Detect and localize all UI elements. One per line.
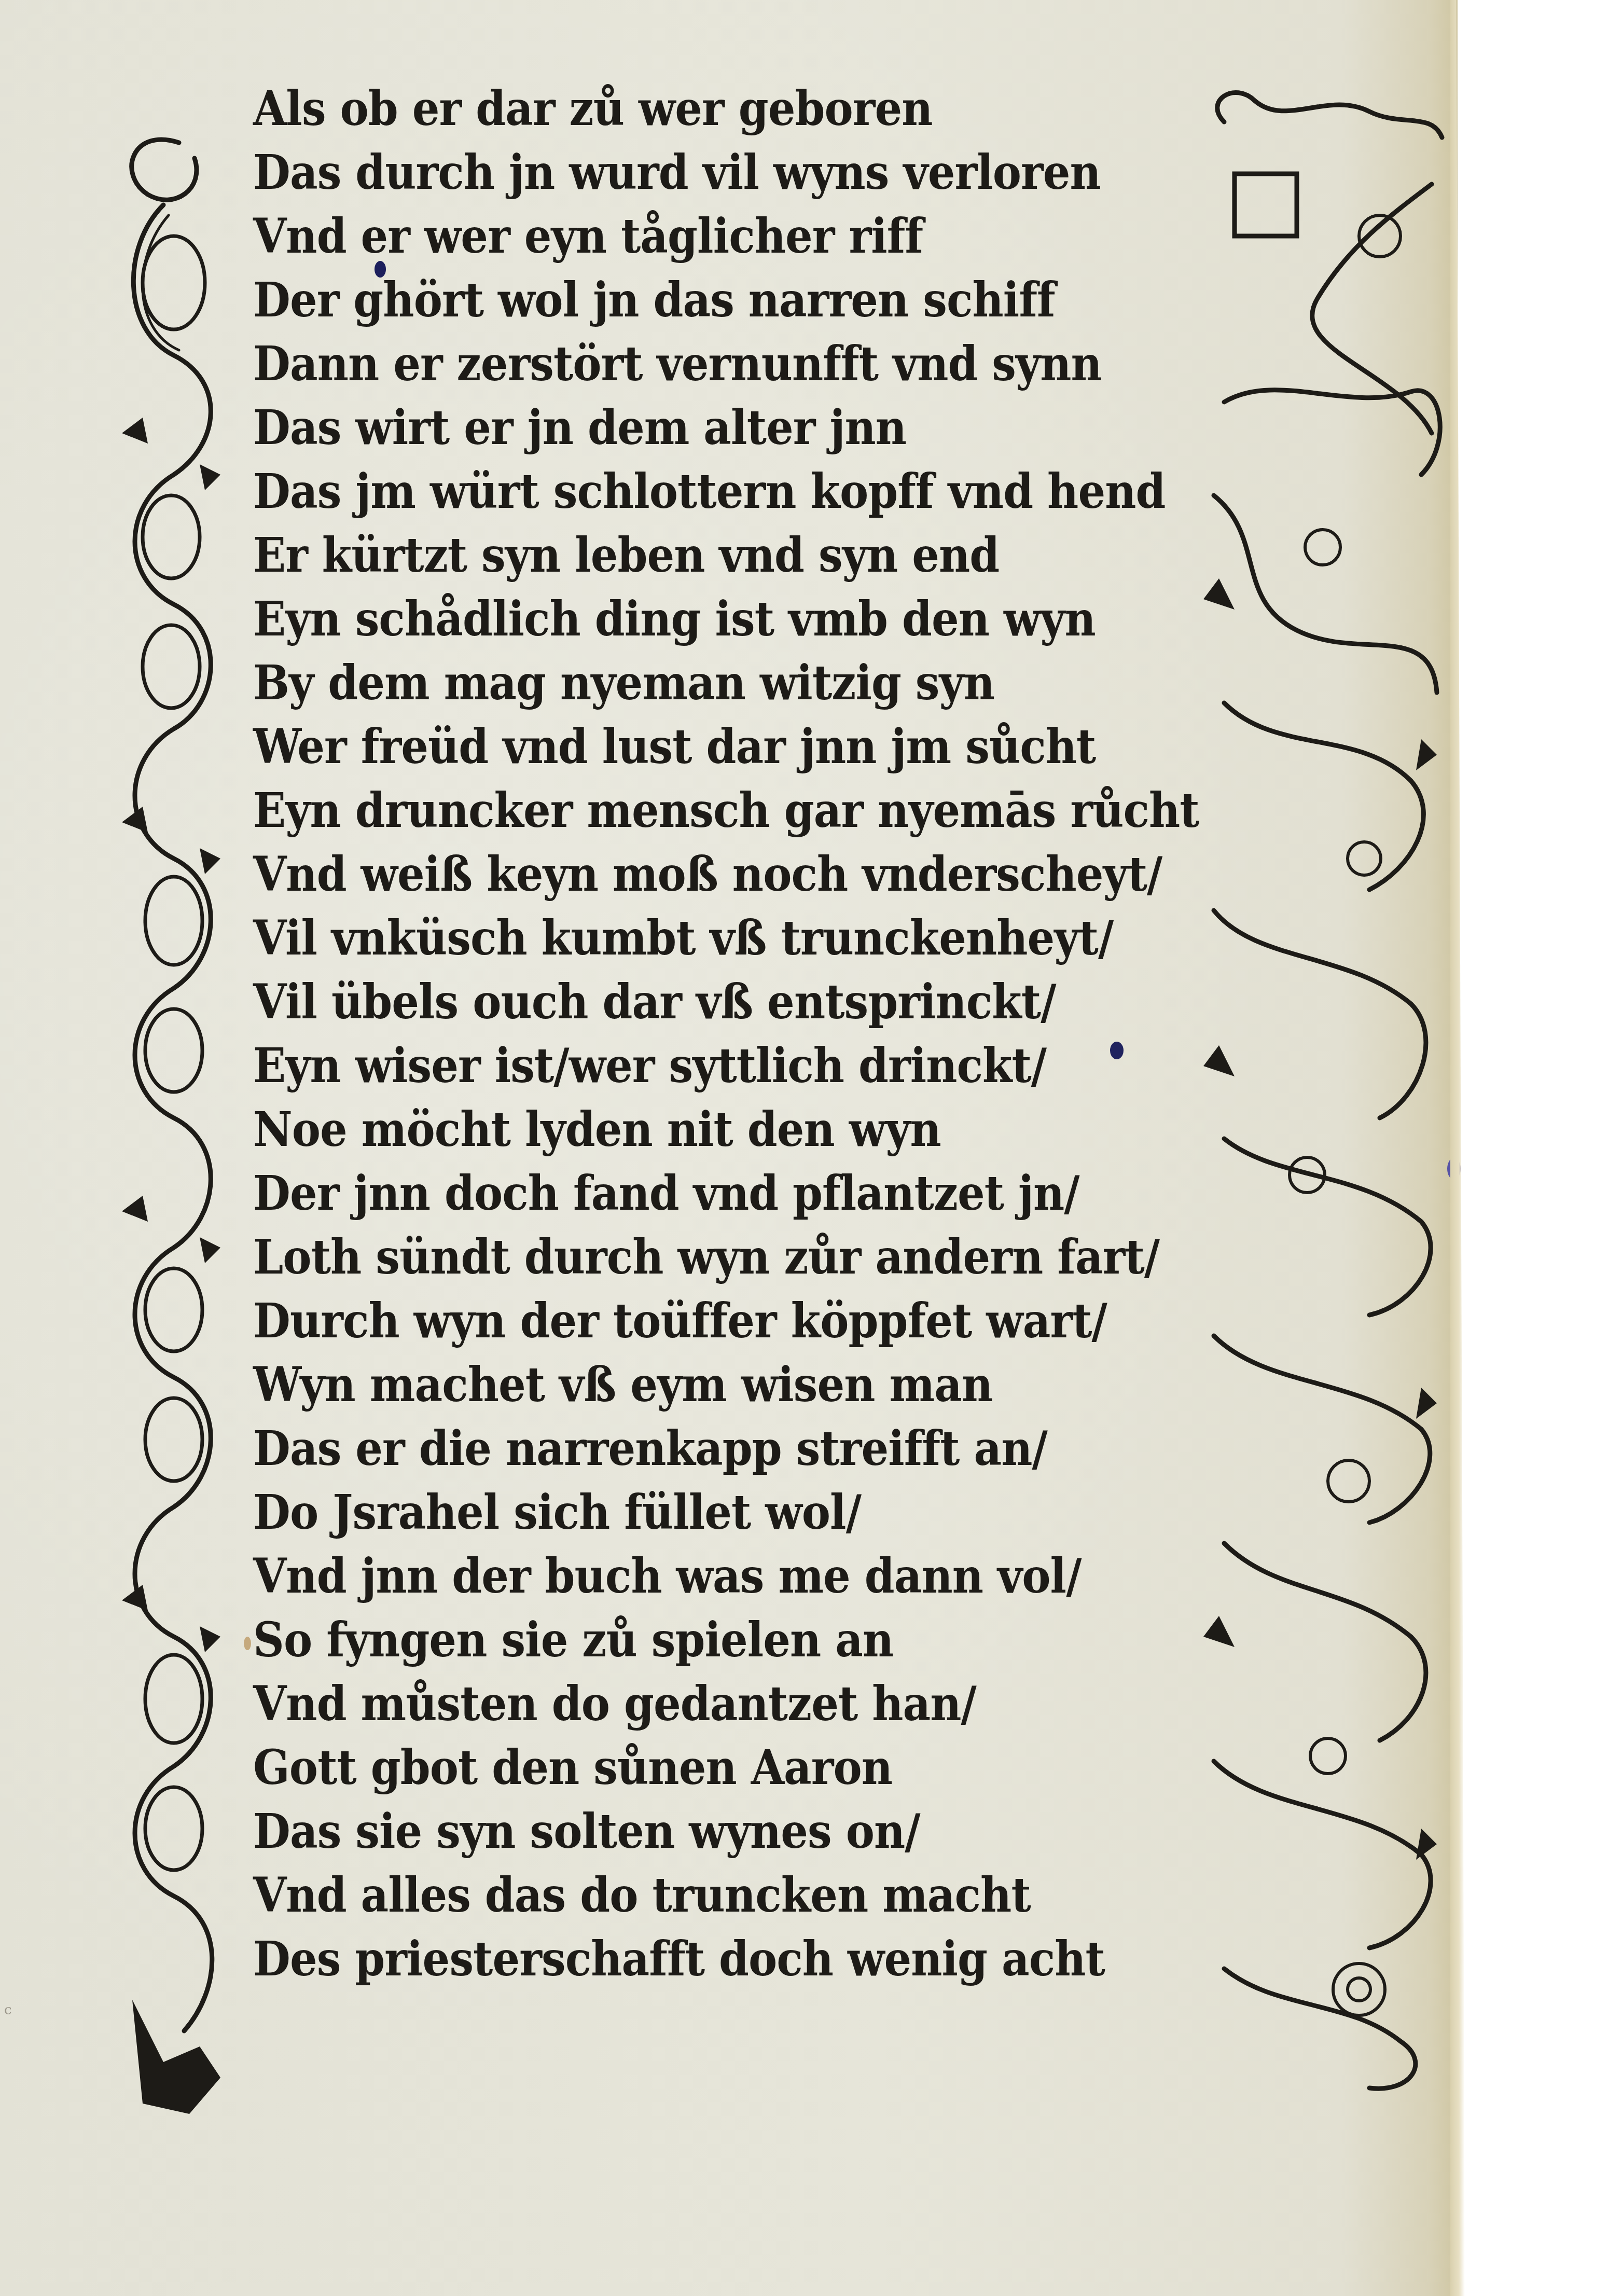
paper-stain — [244, 1637, 251, 1650]
verse-line: Dann er zerstört vernunfft vnd synn — [253, 332, 1103, 396]
verse-line: Wer freüd vnd lust dar jnn jm sůcht — [253, 715, 1103, 779]
verse-line: Der ghört wol jn das narren schiff — [253, 268, 1103, 332]
pencil-mark: c — [4, 2002, 12, 2018]
blue-ink-dot — [1447, 1158, 1461, 1180]
blue-ink-dot — [1110, 1042, 1124, 1059]
verse-line: Loth sündt durch wyn zůr andern fart/ — [253, 1225, 1103, 1289]
verse-line: Vnd alles das do truncken macht — [253, 1863, 1103, 1927]
verse-text: Als ob er dar zů wer geboren Das durch j… — [253, 77, 1197, 1991]
verse-line: Eyn druncker mensch gar nyemās růcht — [253, 779, 1103, 842]
verse-line: Er kürtzt syn leben vnd syn end — [253, 523, 1103, 587]
woodcut-figures-icon — [1193, 80, 1452, 2098]
verse-line: Das durch jn wurd vil wyns verloren — [253, 141, 1103, 204]
right-figure-border — [1193, 80, 1452, 2098]
blue-ink-dot — [375, 261, 386, 278]
verse-line: Wyn machet vß eym wisen man — [253, 1353, 1103, 1417]
verse-line: Des priesterschafft doch wenig acht — [253, 1927, 1103, 1991]
verse-line: Das sie syn solten wynes on/ — [253, 1800, 1103, 1863]
verse-line: Vil übels ouch dar vß entsprinckt/ — [253, 970, 1103, 1034]
verse-line: Der jnn doch fand vnd pflantzet jn/ — [253, 1161, 1103, 1225]
verse-line: Als ob er dar zů wer geboren — [253, 77, 1103, 141]
verse-line: So fyngen sie zů spielen an — [253, 1608, 1103, 1672]
verse-line: Das er die narrenkapp streifft an/ — [253, 1417, 1103, 1481]
verse-line: Das wirt er jn dem alter jnn — [253, 396, 1103, 460]
verse-line: Do Jsrahel sich füllet wol/ — [253, 1481, 1103, 1544]
verse-line: Vnd weiß keyn moß noch vnderscheyt/ — [253, 842, 1103, 906]
verse-line: Eyn schådlich ding ist vmb den wyn — [253, 587, 1103, 651]
verse-line: Gott gbot den sůnen Aaron — [253, 1736, 1103, 1800]
book-page: Als ob er dar zů wer geboren Das durch j… — [0, 0, 1458, 2296]
verse-line: Vnd můsten do gedantzet han/ — [253, 1672, 1103, 1736]
verse-line: By dem mag nyeman witzig syn — [253, 651, 1103, 715]
verse-line: Durch wyn der toüffer köppfet wart/ — [253, 1289, 1103, 1353]
verse-line: Das jm würt schlottern kopff vnd hend — [253, 460, 1103, 523]
verse-line: Vnd er wer eyn tåglicher riff — [253, 204, 1103, 268]
left-floral-border — [101, 112, 241, 2135]
verse-line: Vil vnküsch kumbt vß trunckenheyt/ — [253, 906, 1103, 970]
verse-line: Eyn wiser ist/wer syttlich drinckt/ — [253, 1034, 1103, 1098]
floral-vine-icon — [101, 112, 241, 2135]
verse-line: Vnd jnn der buch was me dann vol/ — [253, 1544, 1103, 1608]
verse-line: Noe möcht lyden nit den wyn — [253, 1098, 1103, 1161]
